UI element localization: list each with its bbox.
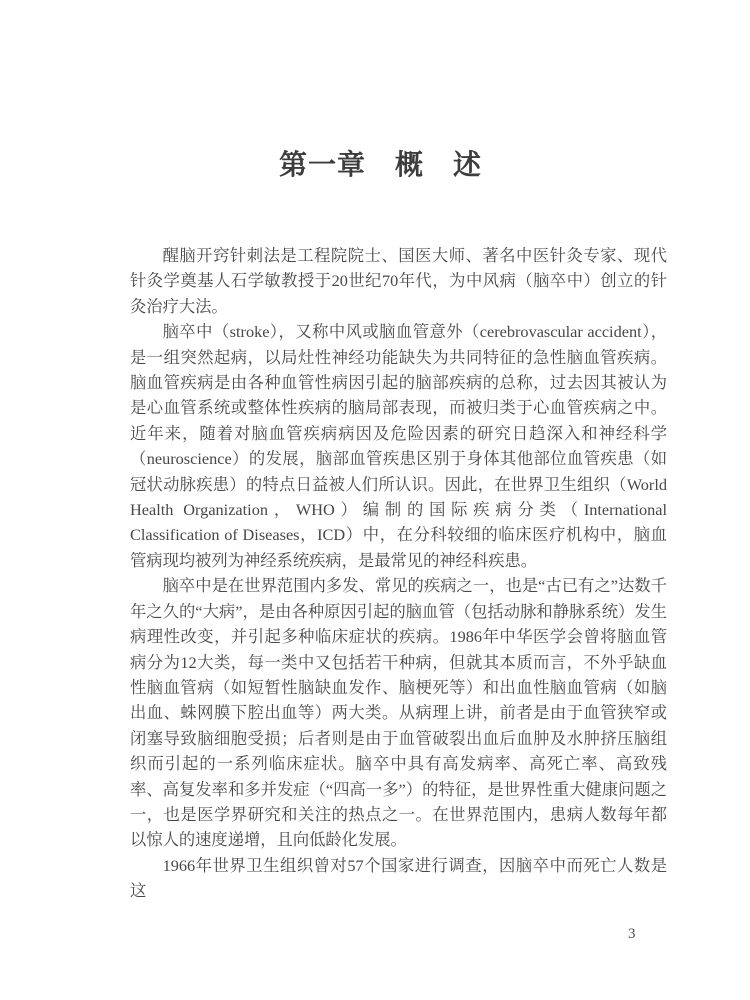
paragraph-stroke-definition: 脑卒中（stroke），又称中风或脑血管意外（cerebrovascular a… (130, 319, 667, 573)
book-page: 第一章 概 述 醒脑开窍针刺法是工程院院士、国医大师、著名中医针灸专家、现代针灸… (0, 0, 750, 1000)
paragraph-who-survey: 1966年世界卫生组织曾对57个国家进行调查，因脑卒中而死亡人数是这 (130, 853, 667, 904)
paragraph-stroke-classification: 脑卒中是在世界范围内多发、常见的疾病之一，也是“古已有之”达数千年之久的“大病”… (130, 573, 667, 852)
page-number: 3 (628, 924, 636, 944)
chapter-title: 第一章 概 述 (112, 148, 649, 184)
body-text: 醒脑开窍针刺法是工程院院士、国医大师、著名中医针灸专家、现代针灸学奠基人石学敏教… (130, 243, 667, 904)
paragraph-intro: 醒脑开窍针刺法是工程院院士、国医大师、著名中医针灸专家、现代针灸学奠基人石学敏教… (130, 243, 667, 319)
